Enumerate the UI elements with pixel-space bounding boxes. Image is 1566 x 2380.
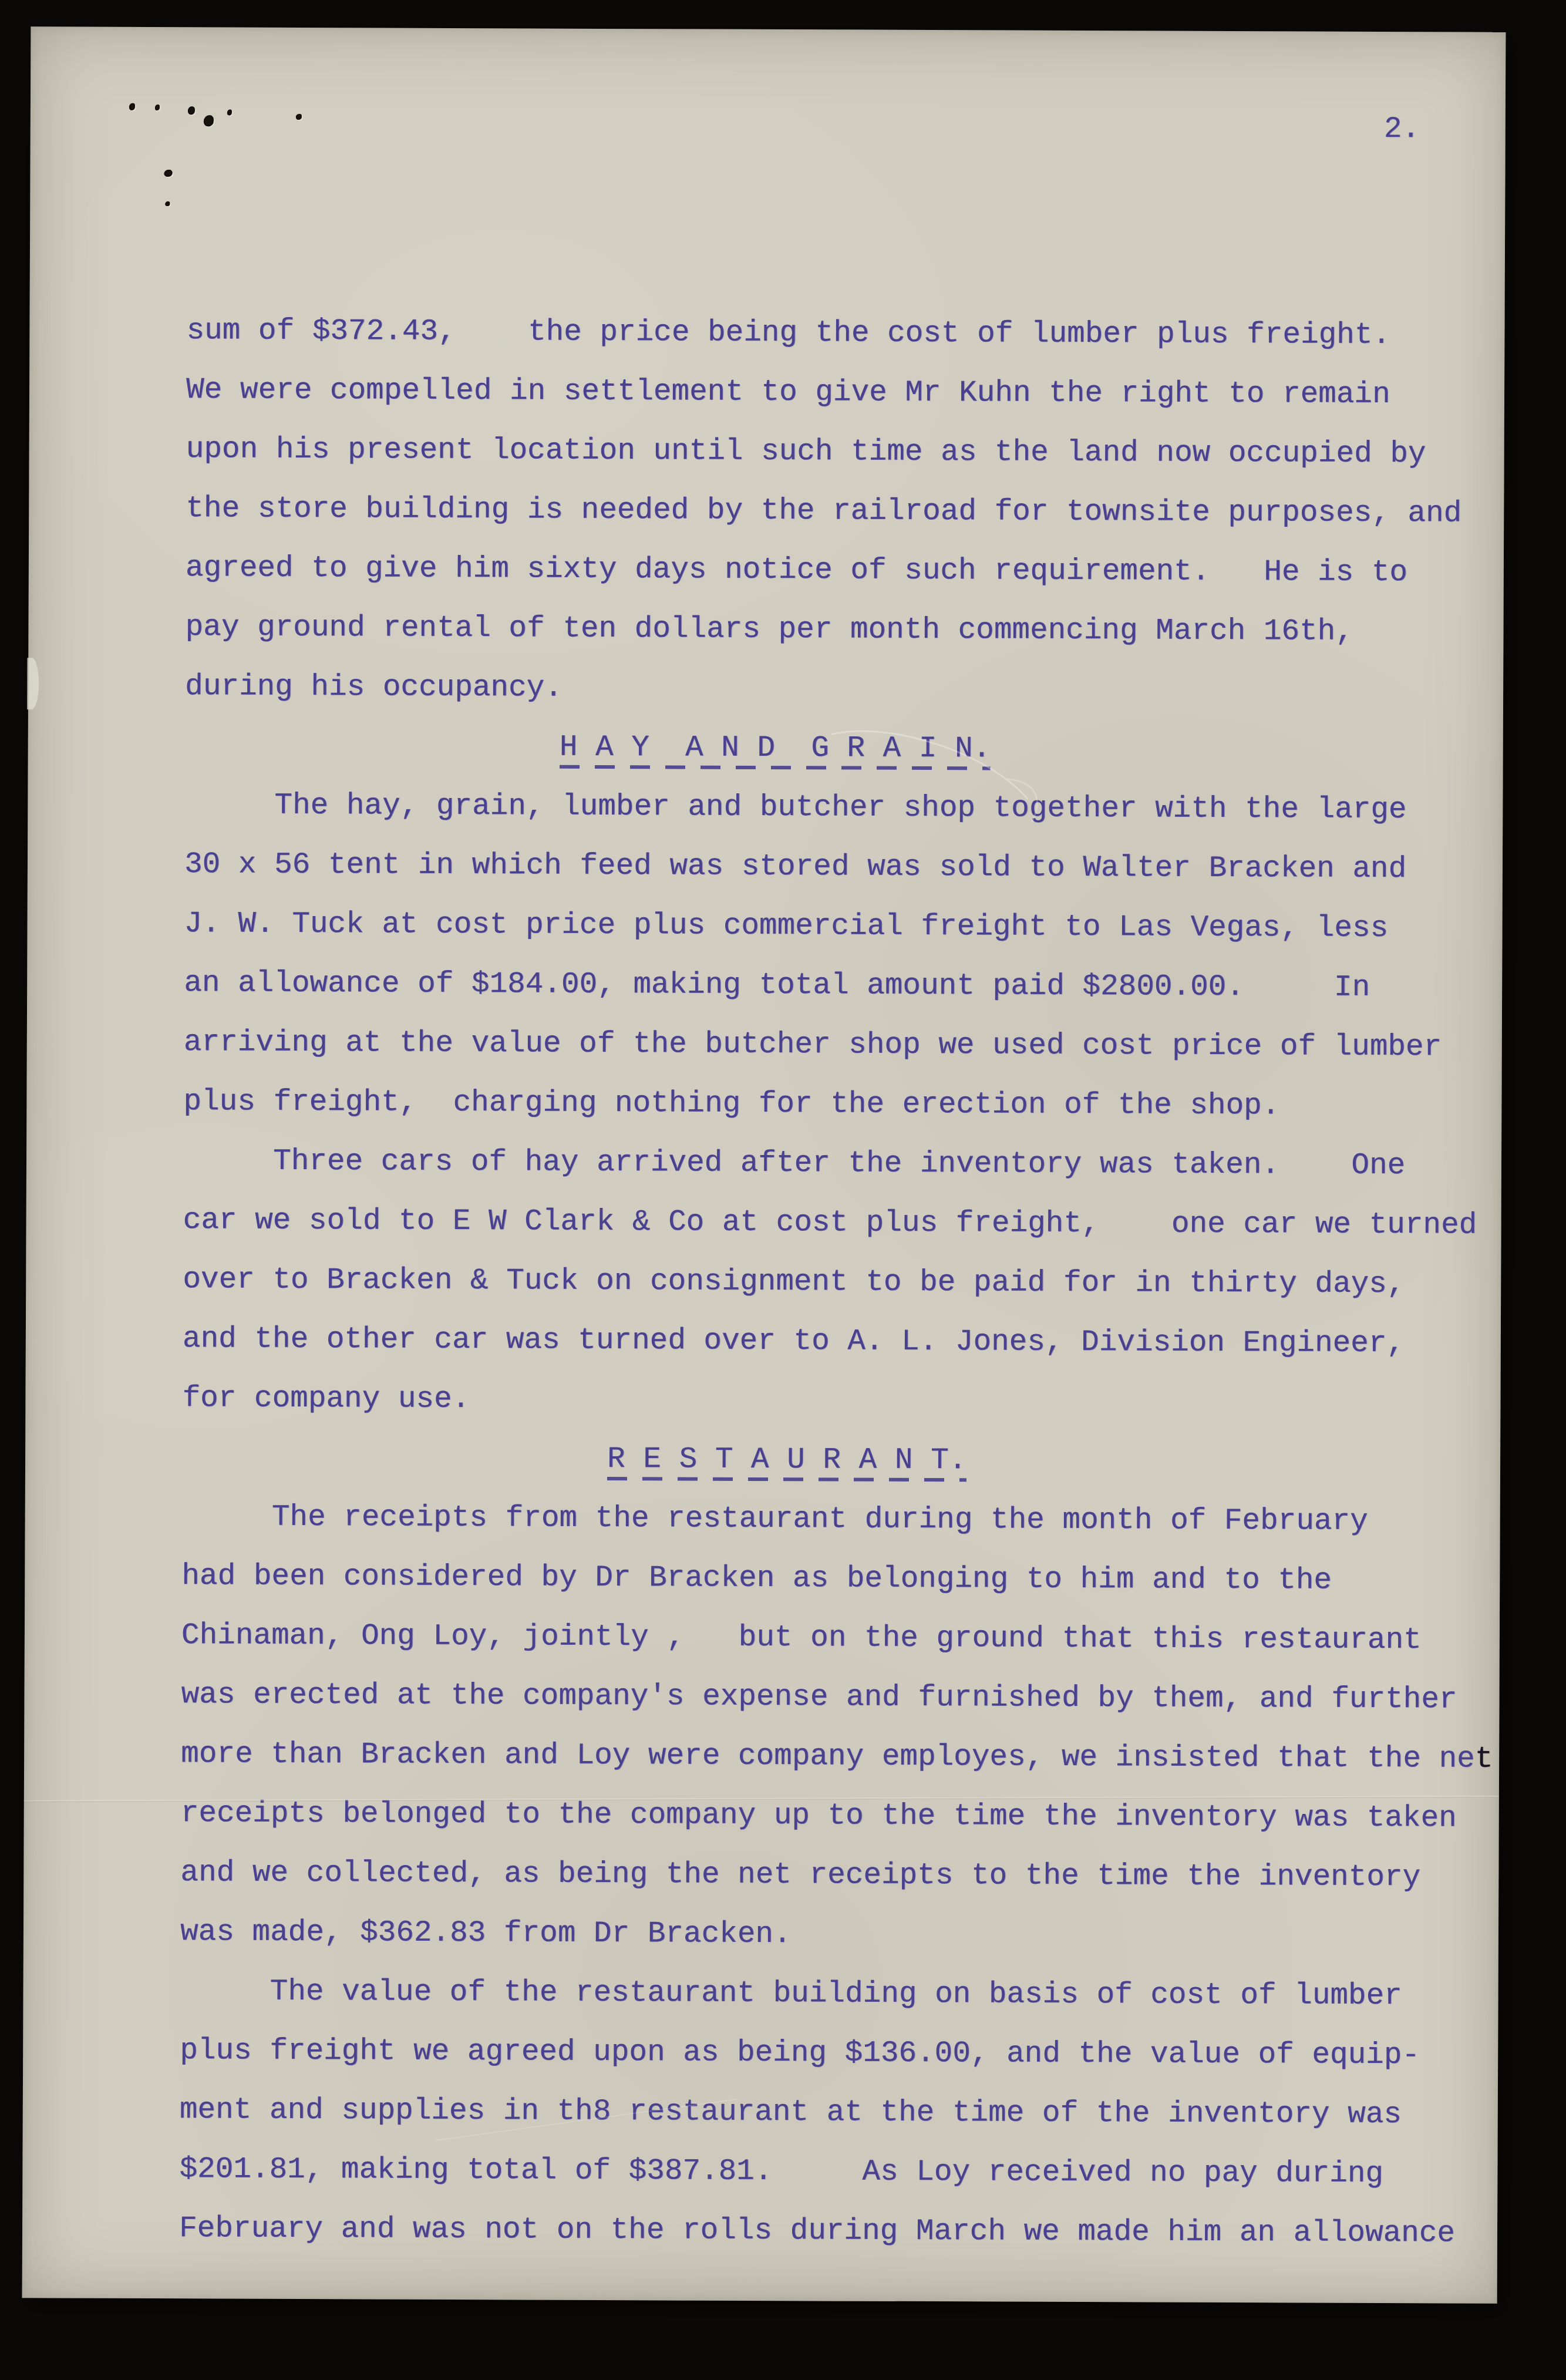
text-line: We were compelled in settlement to give … <box>186 361 1531 425</box>
paper-hole <box>204 115 214 126</box>
paper-hole <box>227 109 232 115</box>
document-page: 2. sum of $372.43, the price being the c… <box>22 26 1506 2304</box>
paper-hole <box>188 106 195 115</box>
text-line: plus freight, charging nothing for the e… <box>183 1072 1528 1137</box>
page-number: 2. <box>1384 100 1420 159</box>
text-line: and we collected, as being the net recei… <box>180 1843 1525 1908</box>
text-line: and the other car was turned over to A. … <box>183 1309 1527 1374</box>
paper-hole <box>296 114 302 120</box>
text-line: upon his present location until such tim… <box>186 420 1530 484</box>
section-heading: R E S T A U R A N T. <box>182 1428 1527 1493</box>
text-line: during his occupancy. <box>185 657 1530 722</box>
paper-hole <box>165 201 170 206</box>
text-line: plus freight we agreed upon as being $13… <box>180 2021 1524 2086</box>
text-line: more than Bracken and Loy were company e… <box>181 1725 1525 1789</box>
text-line: receipts belonged to the company up to t… <box>181 1784 1525 1849</box>
text-line: over to Bracken & Tuck on consignment to… <box>183 1250 1527 1315</box>
paper-hole <box>164 170 172 177</box>
document-body: sum of $372.43, the price being the cost… <box>179 301 1531 2264</box>
text-line: for company use. <box>182 1369 1527 1433</box>
text-line: the store building is needed by the rail… <box>186 479 1530 544</box>
text-line: was erected at the company's expense and… <box>181 1665 1525 1730</box>
paper-hole <box>129 103 135 110</box>
text-line: arriving at the value of the butcher sho… <box>184 1013 1528 1078</box>
text-line: pay ground rental of ten dollars per mon… <box>185 598 1530 662</box>
text-line: February and was not on the rolls during… <box>179 2199 1524 2264</box>
text-line-segment: more than Bracken and Loy were company e… <box>181 1738 1475 1776</box>
text-line: ment and supplies in th8 restaurant at t… <box>180 2081 1524 2145</box>
paper-hole <box>155 105 160 110</box>
text-line: an allowance of $184.00, making total am… <box>184 954 1528 1018</box>
text-line: agreed to give him sixty days notice of … <box>186 538 1530 603</box>
text-line: Three cars of hay arrived after the inve… <box>183 1132 1528 1196</box>
torn-edge-chip <box>27 658 39 709</box>
text-line: had been considered by Dr Bracken as bel… <box>181 1547 1526 1611</box>
text-line: was made, $362.83 from Dr Bracken. <box>180 1903 1525 1967</box>
text-line: Chinaman, Ong Loy, jointly , but on the … <box>181 1606 1526 1671</box>
text-line: J. W. Tuck at cost price plus commercial… <box>184 894 1528 959</box>
text-line: The value of the restaurant building on … <box>180 1962 1524 2026</box>
text-line: 30 x 56 tent in which feed was stored wa… <box>184 835 1529 900</box>
text-line: sum of $372.43, the price being the cost… <box>186 301 1531 366</box>
overstruck-character: t <box>1475 1743 1493 1776</box>
text-line: $201.81, making total of $387.81. As Loy… <box>179 2140 1524 2204</box>
text-line: car we sold to E W Clark & Co at cost pl… <box>183 1191 1527 1255</box>
text-line: The receipts from the restaurant during … <box>181 1487 1526 1552</box>
